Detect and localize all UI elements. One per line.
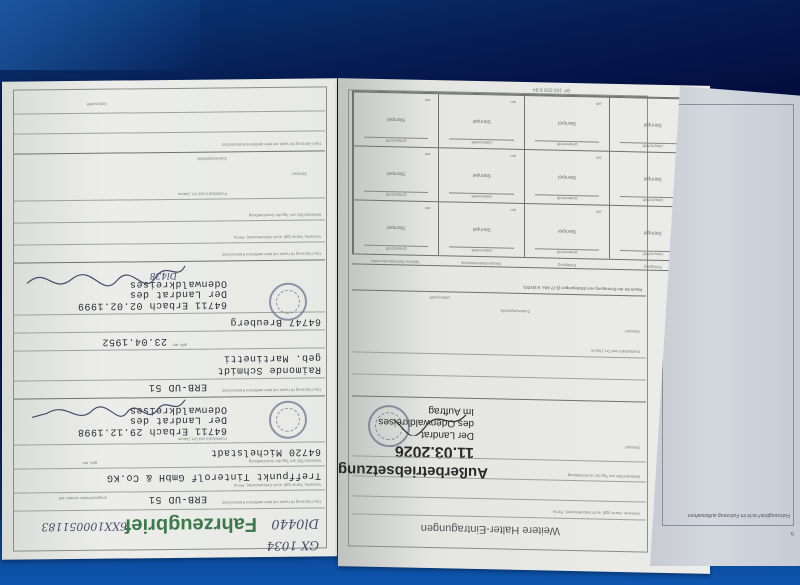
entry2-owner-2: geb. Martinetti <box>223 351 321 363</box>
vehicle-label-2: Das Fahrzeug ist heute mit dem amtlichen… <box>222 387 321 393</box>
cell-date-label: am <box>510 100 516 105</box>
grid-cell: UnterschriftStempelam <box>439 147 525 203</box>
cell-signature-label: Unterschrift <box>364 137 429 144</box>
official-seal-2 <box>269 283 307 321</box>
page-frame-right <box>662 104 794 526</box>
grid-cell: UnterschriftStempelam <box>353 199 439 255</box>
entry2-owner-1: Raimonde Schmidt <box>217 363 321 375</box>
cell-signature-label: Unterschrift <box>621 142 686 149</box>
place-date-label: Postleitzahl und Ort, Datum <box>178 436 227 442</box>
cell-stamp-label: Stempel <box>354 224 439 232</box>
entry1-place-date: 64711 Erbach 29.12.1998 <box>77 424 227 437</box>
cell-signature-label: Unterschrift <box>535 248 600 255</box>
stamp-label-3: Stempel <box>292 172 307 177</box>
vehicle-label-3: Das Fahrzeug ist heute mit dem amtlichen… <box>222 251 321 257</box>
cell-stamp-label: Stempel <box>440 225 525 233</box>
footer-notice: Fahrzeugbrief nicht im Fahrzeug aufbewah… <box>688 512 790 518</box>
cell-date-label: am <box>425 206 431 211</box>
form-number: BF 100 009 8 84 <box>533 86 570 93</box>
cell-stamp-label: Stempel <box>440 117 525 125</box>
mid-stamp-label: Stempel <box>625 445 640 450</box>
entry2-plate: ERB-UD 51 <box>148 381 207 393</box>
cell-date-label: am <box>596 102 602 107</box>
cell-stamp-label: Stempel <box>354 170 439 178</box>
cell-date-label: am <box>510 154 516 159</box>
left-page: GX 1034 Dl0440 Fahrzeugbrief 6XX10005118… <box>2 78 337 560</box>
grid-cell: UnterschriftStempelam <box>524 149 610 205</box>
cell-stamp-label: Stempel <box>525 227 610 235</box>
cell-date-label: am <box>596 210 602 215</box>
mid-authority-label: Zulassungsstelle <box>500 309 530 315</box>
cell-date-label: am <box>510 208 516 213</box>
entry2-birth-date: 23.04.1952 <box>102 335 167 347</box>
cell-stamp-label: Stempel <box>525 119 610 127</box>
signature-mid <box>390 405 470 437</box>
cell-signature-label: Unterschrift <box>535 140 600 147</box>
cell-signature-label: Unterschrift <box>364 245 429 252</box>
mid-signature-label: Unterschrift <box>430 295 450 300</box>
page-number: 5 <box>791 530 794 536</box>
born-label: geb. am <box>83 461 97 466</box>
cell-date-label: am <box>425 98 431 103</box>
place-date-label-3: Postleitzahl und Ort, Datum <box>178 191 227 197</box>
entry1-address: 64720 Michelstadt <box>210 445 321 457</box>
cell-signature-label: Unterschrift <box>450 138 515 145</box>
cell-signature-label: Unterschrift <box>450 246 515 253</box>
grid-cell: UnterschriftStempelam <box>439 93 525 149</box>
mid-place-date-label: Postleitzahl und Ort, Datum <box>591 348 640 354</box>
cell-signature-label: Unterschrift <box>535 194 600 201</box>
stamp-grid: UnterschriftStempelam UnterschriftStempe… <box>352 90 696 261</box>
grid-cell: UnterschriftStempelam <box>524 95 610 151</box>
grid-cell: UnterschriftStempelam <box>439 201 525 257</box>
cell-stamp-label: Stempel <box>440 171 525 179</box>
entry1-plate: ERB-UD 51 <box>148 493 207 505</box>
residence-label-3: Wohnsitz/Sitz am Tag der Umschreibung <box>249 212 321 218</box>
vehicle-label-4: Das Fahrzeug ist heute mit dem amtlichen… <box>222 141 321 147</box>
grid-cell: UnterschriftStempelam <box>353 145 439 201</box>
name-label: Vorname, Name (ggf. auch Geburtsname), F… <box>234 482 321 488</box>
status-stamp-title: Außerbetriebsetzung <box>338 461 488 481</box>
name-label-3: Vorname, Name (ggf. auch Geburtsname), F… <box>234 234 321 240</box>
handwritten-serial: 6XX100051183 <box>41 519 127 533</box>
handwritten-bottom-note: GX 1034 <box>267 538 319 553</box>
entry2-place-date: 64711 Erbach 02.02.1999 <box>77 298 227 311</box>
mid-stamp-label-2: Stempel <box>625 329 640 334</box>
authority-label-3: Zulassungsstelle <box>197 156 227 161</box>
entry2-address: 64747 Breuberg <box>230 315 321 327</box>
signature-label: Unterschrift <box>87 102 107 107</box>
cell-date-label: am <box>596 156 602 161</box>
residence-label: Wohnsitz/Sitz am Tag der Umschreibung <box>249 458 321 464</box>
issued-label: umgeschrieben worden auf <box>59 496 107 502</box>
entry1-owner: Treffpunkt Tinterolf GmbH & Co.KG <box>106 469 321 482</box>
light-glare <box>0 0 200 70</box>
born-label-2: geb. am <box>173 343 187 348</box>
official-seal <box>269 401 307 439</box>
grid-cell: UnterschriftStempelam <box>353 91 439 147</box>
handwritten-number: Dl0440 <box>271 515 319 530</box>
document-title: Fahrzeugbrief <box>125 512 257 536</box>
cell-stamp-label: Stempel <box>354 116 439 124</box>
grid-cell: UnterschriftStempelam <box>524 203 610 259</box>
vehicle-label: Das Fahrzeug ist heute mit dem amtlichen… <box>222 499 321 505</box>
cell-date-label: am <box>425 152 431 157</box>
cell-signature-label: Unterschrift <box>364 191 429 198</box>
cell-stamp-label: Stempel <box>525 173 610 181</box>
cell-signature-label: Unterschrift <box>450 192 515 199</box>
